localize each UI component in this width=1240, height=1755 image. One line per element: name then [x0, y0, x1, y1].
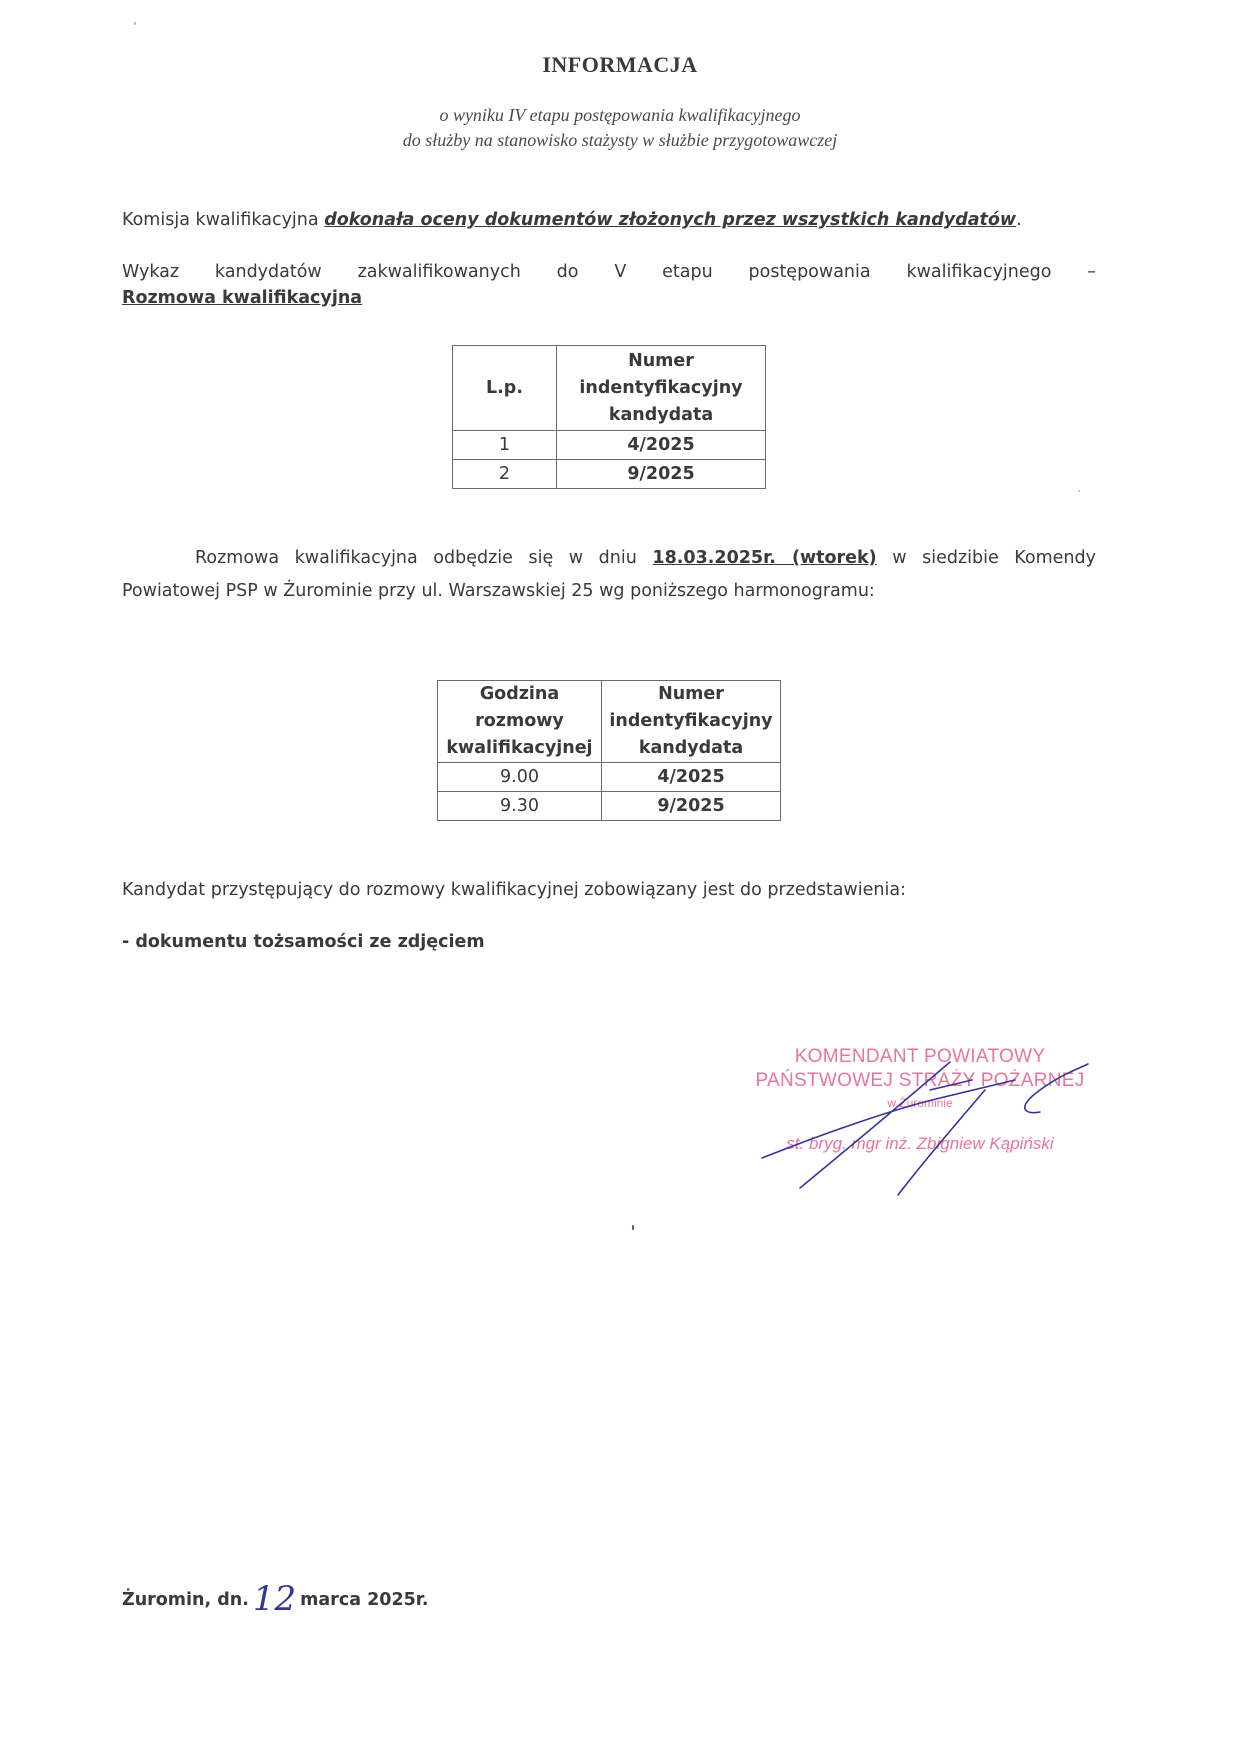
footer-suffix: marca 2025r. — [300, 1590, 428, 1610]
stage-name: Rozmowa kwalifikacyjna — [122, 288, 1096, 308]
table2-header-time: Godzinarozmowykwalifikacyjnej — [438, 681, 602, 763]
intro-word: zakwalifikowanych — [358, 262, 521, 282]
table1-header-id: Numerindentyfikacyjnykandydata — [557, 346, 766, 431]
table-cell-lp: 2 — [453, 460, 557, 489]
table-cell-id: 9/2025 — [602, 792, 781, 821]
scan-speck — [1078, 490, 1080, 492]
table1-header-lp: L.p. — [453, 346, 557, 431]
commission-statement-prefix: Komisja kwalifikacyjna — [122, 210, 324, 230]
interview-info-part1: Rozmowa kwalifikacyjna odbędzie się w dn… — [122, 548, 652, 568]
document-subtitle-line1: o wyniku IV etapu postępowania kwalifika… — [0, 105, 1240, 126]
interview-schedule-table: Godzinarozmowykwalifikacyjnej Numerinden… — [437, 680, 781, 821]
intro-word: Wykaz — [122, 262, 179, 282]
table-row: 29/2025 — [453, 460, 766, 489]
intro-word: – — [1087, 262, 1096, 282]
table-cell-lp: 1 — [453, 431, 557, 460]
table-cell-time: 9.30 — [438, 792, 602, 821]
qualified-candidates-table: L.p. Numerindentyfikacyjnykandydata 14/2… — [452, 345, 766, 489]
candidate-requirements-intro: Kandydat przystępujący do rozmowy kwalif… — [122, 880, 906, 900]
interview-date: 18.03.2025r. (wtorek) — [652, 548, 876, 568]
requirement-item: - dokumentu tożsamości ze zdjęciem — [122, 932, 485, 952]
table-cell-id: 9/2025 — [557, 460, 766, 489]
intro-word: postępowania — [749, 262, 871, 282]
table-cell-time: 9.00 — [438, 763, 602, 792]
table-row: 9.004/2025 — [438, 763, 781, 792]
qualified-list-intro-line1: WykazkandydatówzakwalifikowanychdoVetapu… — [122, 262, 1096, 282]
scan-speck — [134, 22, 136, 25]
footer-prefix: Żuromin, dn. — [122, 1590, 249, 1610]
document-title: INFORMACJA — [0, 52, 1240, 78]
interview-info: Rozmowa kwalifikacyjna odbędzie się w dn… — [122, 542, 1096, 608]
table-row: 9.309/2025 — [438, 792, 781, 821]
commission-statement: Komisja kwalifikacyjna dokonała oceny do… — [122, 210, 1022, 230]
handwritten-signature — [740, 1040, 1100, 1200]
intro-word: do — [557, 262, 579, 282]
handwritten-day: 12 — [253, 1584, 296, 1614]
intro-word: etapu — [662, 262, 713, 282]
intro-word: kandydatów — [215, 262, 322, 282]
table-cell-id: 4/2025 — [602, 763, 781, 792]
commission-statement-emphasis: dokonała oceny dokumentów złożonych prze… — [324, 210, 1016, 230]
qualified-list-intro: WykazkandydatówzakwalifikowanychdoVetapu… — [122, 262, 1096, 308]
place-and-date: Żuromin, dn. 12 marca 2025r. — [122, 1580, 429, 1610]
table-cell-id: 4/2025 — [557, 431, 766, 460]
table-row: 14/2025 — [453, 431, 766, 460]
intro-word: V — [614, 262, 626, 282]
intro-word: kwalifikacyjnego — [906, 262, 1051, 282]
commission-statement-suffix: . — [1016, 210, 1022, 230]
ink-speck — [632, 1225, 634, 1230]
table2-header-id: Numerindentyfikacyjnykandydata — [602, 681, 781, 763]
document-subtitle-line2: do służby na stanowisko stażysty w służb… — [0, 130, 1240, 151]
